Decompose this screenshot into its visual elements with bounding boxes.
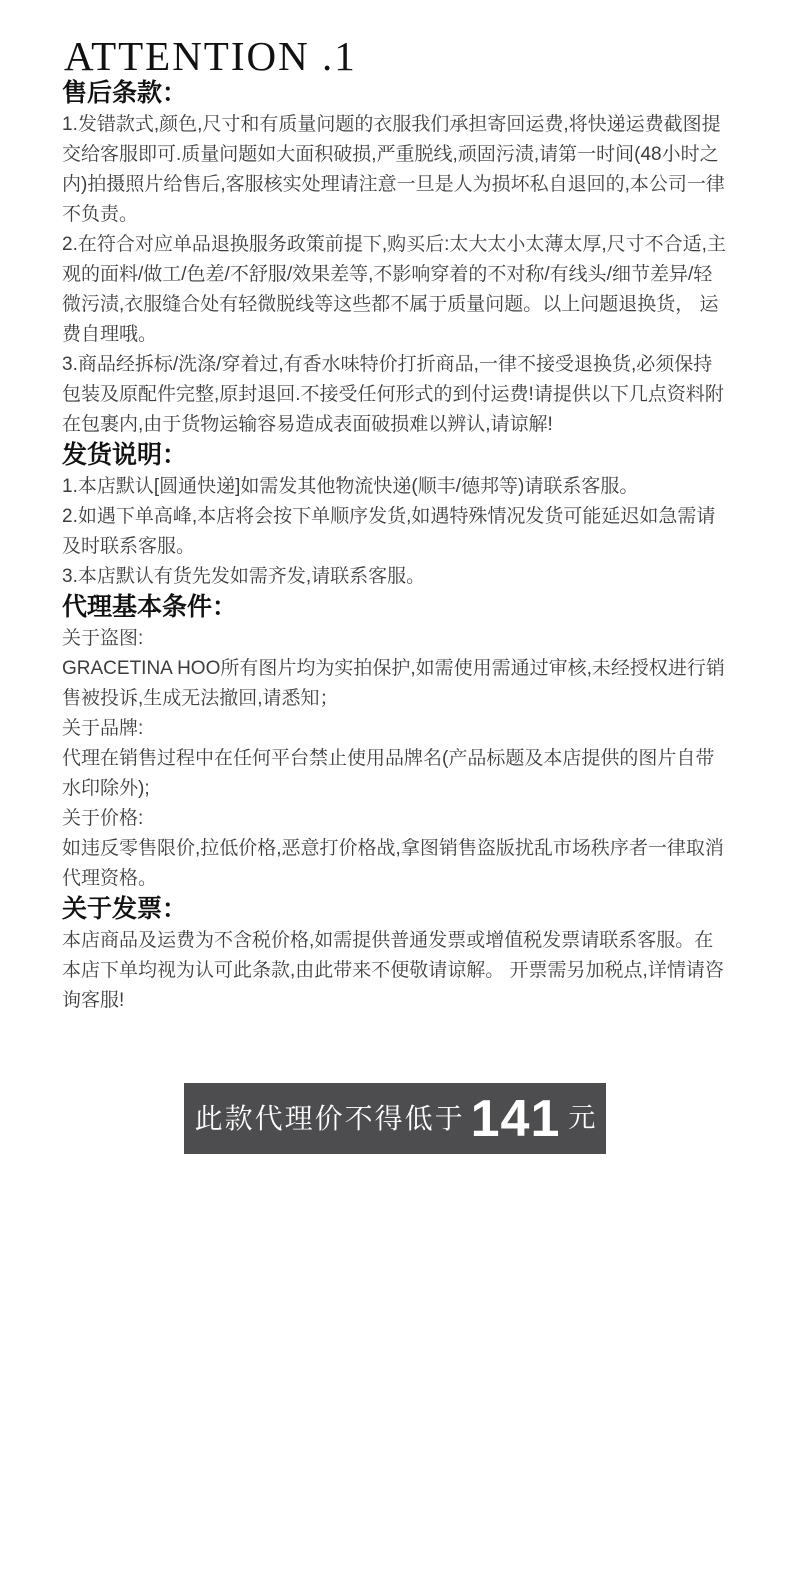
invoice-paragraph: 本店商品及运费为不含税价格,如需提供普通发票或增值税发票请联系客服。在本店下单均… <box>62 926 728 1016</box>
agent-about-price: 关于价格: 如违反零售限价,拉低价格,恶意打价格战,拿图销售盗版扰乱市场秩序者一… <box>62 804 728 894</box>
agent-about-image-theft: 关于盗图: GRACETINA HOO所有图片均为实拍保护,如需使用需通过审核,… <box>62 624 728 714</box>
section-after-sales: 售后条款： 1.发错款式,颜色,尺寸和有质量问题的衣服我们承担寄回运费,将快递运… <box>62 78 728 440</box>
shipping-item-2: 2.如遇下单高峰,本店将会按下单顺序发货,如遇特殊情况发货可能延迟如急需请及时联… <box>62 502 728 562</box>
after-sales-item-3: 3.商品经拆标/洗涤/穿着过,有香水味特价打折商品,一律不接受退换货,必须保持包… <box>62 350 728 440</box>
notice-page: ATTENTION .1 售后条款： 1.发错款式,颜色,尺寸和有质量问题的衣服… <box>0 0 790 1582</box>
invoice-heading: 关于发票： <box>62 894 728 926</box>
after-sales-item-1: 1.发错款式,颜色,尺寸和有质量问题的衣服我们承担寄回运费,将快递运费截图提交给… <box>62 110 728 230</box>
section-shipping: 发货说明： 1.本店默认[圆通快递]如需发其他物流快递(顺丰/德邦等)请联系客服… <box>62 440 728 592</box>
shipping-item-1: 1.本店默认[圆通快递]如需发其他物流快递(顺丰/德邦等)请联系客服。 <box>62 472 728 502</box>
banner-price-value: 141 <box>471 1093 561 1145</box>
agent-price-banner: 此款代理价不得低于 141 元 <box>184 1083 606 1154</box>
after-sales-item-2: 2.在符合对应单品退换服务政策前提下,购买后:太大太小太薄太厚,尺寸不合适,主观… <box>62 230 728 350</box>
page-title: ATTENTION .1 <box>64 34 728 78</box>
agent-conditions-heading: 代理基本条件： <box>62 592 728 624</box>
shipping-item-3: 3.本店默认有货先发如需齐发,请联系客服。 <box>62 562 728 592</box>
banner-prefix-text: 此款代理价不得低于 <box>195 1105 465 1133</box>
after-sales-heading: 售后条款： <box>62 78 728 110</box>
banner-currency-unit: 元 <box>568 1105 595 1132</box>
section-invoice: 关于发票： 本店商品及运费为不含税价格,如需提供普通发票或增值税发票请联系客服。… <box>62 894 728 1016</box>
agent-about-brand: 关于品牌: 代理在销售过程中在任何平台禁止使用品牌名(产品标题及本店提供的图片自… <box>62 714 728 804</box>
section-agent-conditions: 代理基本条件： 关于盗图: GRACETINA HOO所有图片均为实拍保护,如需… <box>62 592 728 894</box>
shipping-heading: 发货说明： <box>62 440 728 472</box>
